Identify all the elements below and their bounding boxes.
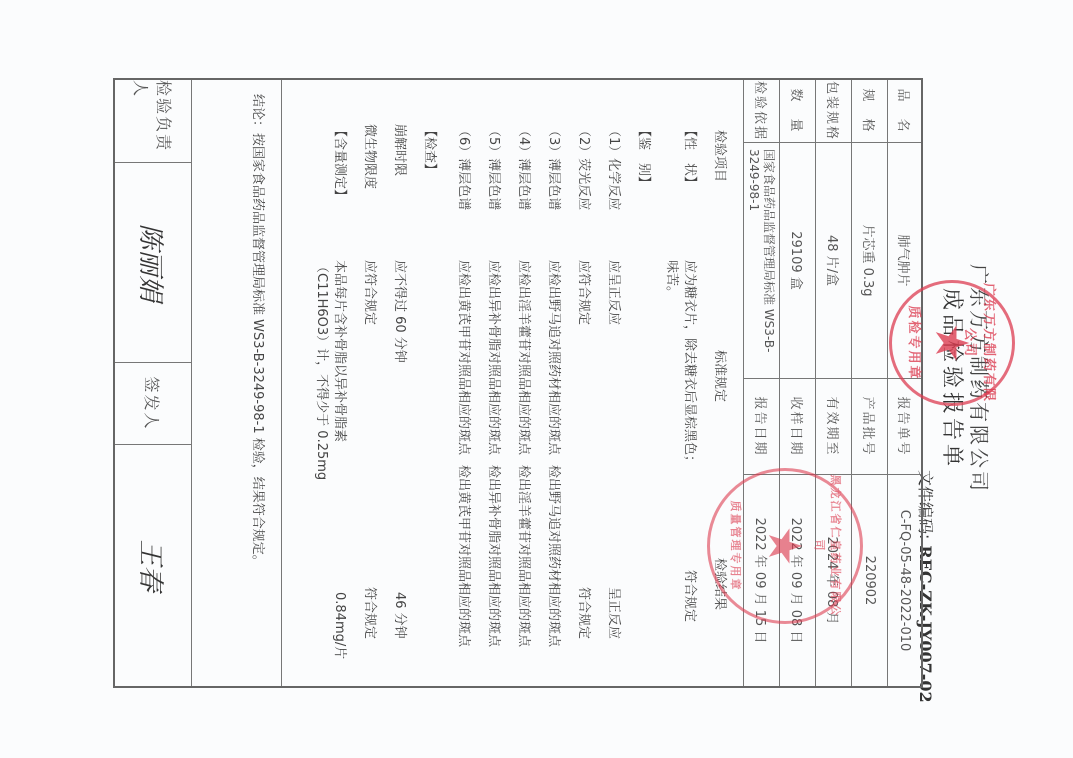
item-standard: 应符合规定 bbox=[362, 260, 381, 325]
item-standard: 应呈正反应 bbox=[606, 260, 625, 325]
row-spec: 规 格 片芯重 0.3g 产品批号 220902 bbox=[851, 80, 887, 686]
star-icon: ★ bbox=[929, 322, 975, 363]
report-no-value: C-FQ-05-48-2022-010 bbox=[888, 474, 921, 686]
item-result: 符合规定 bbox=[362, 587, 381, 639]
packing-label: 包装规格 bbox=[816, 80, 851, 142]
item-standard: 应符合规定 bbox=[576, 260, 595, 325]
inspector-signature-cell: 陈丽娟 bbox=[115, 162, 191, 362]
item-standard: 应为糖衣片，除去糖衣后显棕黑色； bbox=[682, 260, 701, 468]
item-label: （1）化学反应 bbox=[606, 124, 625, 210]
item-standard: 本品每片含补骨脂以异补骨脂素 bbox=[332, 260, 351, 442]
signature-row: 检验负责人 陈丽娟 签发人 王春 bbox=[115, 80, 191, 686]
item-label: 【检查】 bbox=[422, 124, 441, 176]
packing-value: 48 片/盒 bbox=[816, 142, 851, 378]
item-label: （4）薄层色谱 bbox=[516, 124, 535, 210]
item-standard-cont: 味苦。 bbox=[664, 260, 683, 299]
spec-label: 规 格 bbox=[852, 80, 887, 142]
stamp-text-bottom: 质量管理专用章 bbox=[728, 471, 744, 621]
item-label: 崩解时限 bbox=[392, 124, 411, 176]
product-name-label: 品 名 bbox=[888, 80, 921, 142]
conclusion-box: 结论：按国家食品药品监督管理局标准 WS3-B-3249-98-1 检验，结果符… bbox=[191, 80, 281, 686]
item-label: （3）薄层色谱 bbox=[546, 124, 565, 210]
items-header-item: 检验项目 bbox=[712, 130, 731, 182]
item-result: 0.84mg/片 bbox=[332, 592, 351, 659]
item-standard: 应检出黄芪甲苷对照品相应的斑点 bbox=[456, 260, 475, 455]
item-label: 【性 状】 bbox=[682, 124, 701, 189]
conclusion-text: 结论：按国家食品药品监督管理局标准 WS3-B-3249-98-1 检验，结果符… bbox=[250, 94, 269, 568]
quantity-label: 数 量 bbox=[780, 80, 815, 142]
issuer-signature-cell: 王春 bbox=[115, 444, 191, 686]
item-label: 【鉴 别】 bbox=[636, 124, 655, 189]
item-standard: 应检出淫羊藿苷对照品相应的斑点 bbox=[516, 260, 535, 455]
inspection-report-page: 广东万方制药有限公司 成品检验报告单 文件编码:REC-ZK-JY007-02 … bbox=[0, 0, 1073, 758]
item-result: 符合规定 bbox=[682, 570, 701, 622]
item-standard: 应检出野马追对照药材相应的斑点 bbox=[546, 260, 565, 455]
quantity-value: 29109 盒 bbox=[780, 142, 815, 378]
issuer-signature: 王春 bbox=[135, 539, 172, 591]
item-result: 检出黄芪甲苷对照品相应的斑点 bbox=[456, 465, 475, 647]
company-seal-stamp: 广东万方制药有限公司 ★ 质检专用章 bbox=[889, 280, 1015, 406]
item-standard-cont: （C11H6O3）计，不得少于 0.25mg bbox=[314, 260, 333, 480]
batch-value: 220902 bbox=[852, 474, 887, 686]
stamp-text-bottom: 质检专用章 bbox=[906, 283, 925, 403]
item-result: 检出异补骨脂对照品相应的斑点 bbox=[486, 465, 505, 647]
item-label: （2）荧光反应 bbox=[576, 124, 595, 210]
item-standard: 应不得过 60 分钟 bbox=[392, 260, 411, 363]
inspector-label: 检验负责人 bbox=[115, 80, 191, 162]
spec-value: 片芯重 0.3g bbox=[852, 142, 887, 378]
inspector-signature: 陈丽娟 bbox=[135, 223, 172, 301]
expiry-label: 有效期至 bbox=[816, 378, 851, 474]
item-standard: 应检出异补骨脂对照品相应的斑点 bbox=[486, 260, 505, 455]
stamp-text-top: 黑龙江省仁皇药业有限公司 bbox=[812, 471, 844, 621]
item-result: 检出淫羊藿苷对照品相应的斑点 bbox=[516, 465, 535, 647]
report-date-label: 报告日期 bbox=[744, 378, 779, 474]
received-label: 收样日期 bbox=[780, 378, 815, 474]
basis-label: 检验依据 bbox=[744, 80, 779, 142]
item-label: （5）薄层色谱 bbox=[486, 124, 505, 210]
item-result: 符合规定 bbox=[576, 587, 595, 639]
item-label: 【含量测定】 bbox=[332, 124, 351, 202]
star-icon: ★ bbox=[762, 525, 808, 566]
issuer-label: 签发人 bbox=[115, 362, 191, 444]
items-header-standard: 标准规定 bbox=[712, 350, 731, 402]
batch-label: 产品批号 bbox=[852, 378, 887, 474]
item-label: 微生物限度 bbox=[362, 124, 381, 189]
item-result: 呈正反应 bbox=[606, 587, 625, 639]
quality-seal-stamp: 黑龙江省仁皇药业有限公司 ★ 质量管理专用章 bbox=[707, 468, 863, 624]
item-result: 46 分钟 bbox=[392, 592, 411, 639]
item-label: （6）薄层色谱 bbox=[456, 124, 475, 210]
item-result: 检出野马追对照药材相应的斑点 bbox=[546, 465, 565, 647]
inspection-items: 检验项目 标准规定 检验结果 【性 状】 应为糖衣片，除去糖衣后显棕黑色； 味苦… bbox=[281, 80, 743, 686]
basis-value: 国家食品药品监督管理局标准 WS3-B-3249-98-1 bbox=[744, 142, 779, 378]
